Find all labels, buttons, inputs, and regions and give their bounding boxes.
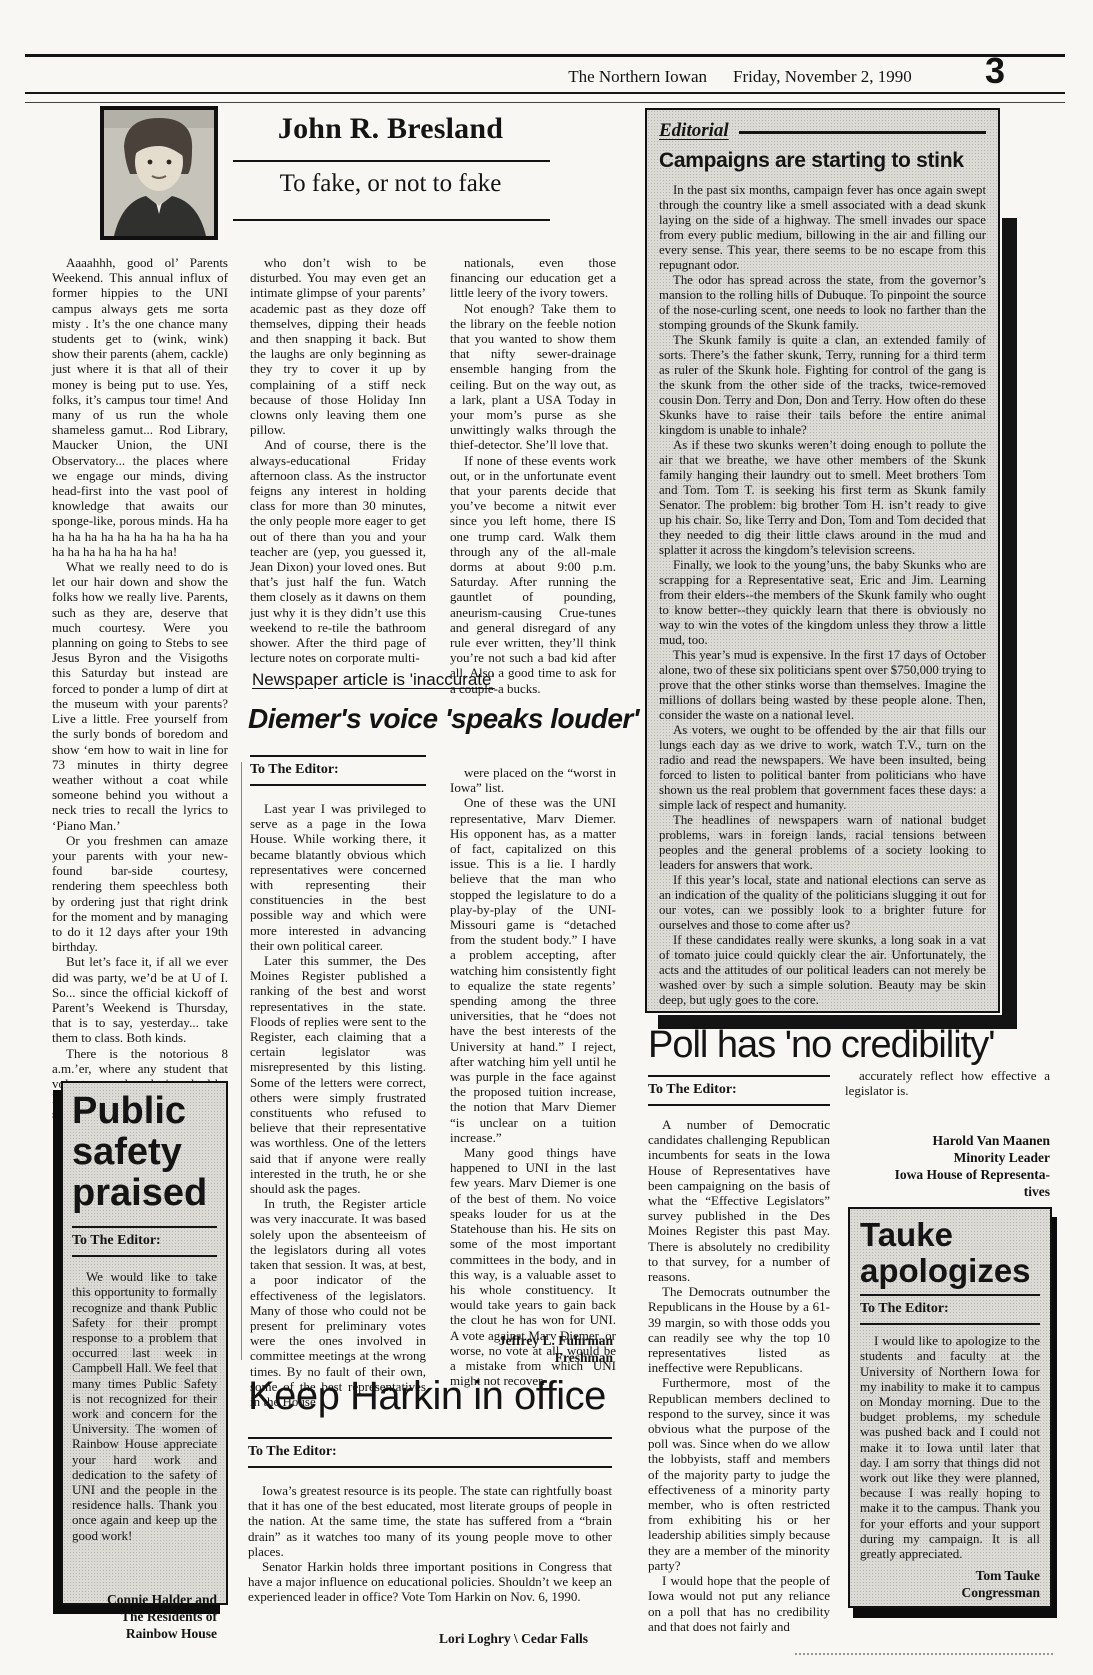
editorial-label: Editorial xyxy=(659,120,729,142)
paragraph: But let’s face it, if all we ever did wa… xyxy=(52,954,228,1045)
to-the-editor-label: To The Editor: xyxy=(648,1082,737,1097)
page-number: 3 xyxy=(985,50,1005,92)
public-safety-letter: Public safety praised To The Editor: We … xyxy=(61,1081,228,1605)
paragraph: tives xyxy=(845,1183,1050,1200)
portrait-illustration xyxy=(104,110,214,236)
harkin-headline: Keep Harkin in office xyxy=(248,1374,606,1419)
editorial-body: In the past six months, campaign fever h… xyxy=(659,183,986,1008)
header-bottom-rule xyxy=(25,92,1065,94)
header-thin-rule xyxy=(25,102,1065,103)
paragraph: Harold Van Maanen xyxy=(845,1132,1050,1149)
public-safety-body: We would like to take this opportunity t… xyxy=(72,1269,217,1543)
bresland-title: To fake, or not to fake xyxy=(228,170,553,198)
paragraph: Aaaahhh, good ol’ Parents Weekend. This … xyxy=(52,255,228,559)
paragraph: The Residents of xyxy=(72,1608,217,1625)
paragraph: If none of these events work out, or in … xyxy=(450,453,616,696)
tauke-headline: Tauke apologizes xyxy=(860,1217,1040,1288)
paragraph: The odor has spread across the state, fr… xyxy=(659,273,986,333)
paragraph: Last year I was privileged to serve as a… xyxy=(250,801,426,953)
paragraph: Furthermore, most of the Republican memb… xyxy=(648,1375,830,1573)
to-the-editor-label: To The Editor: xyxy=(250,762,339,777)
paragraph: accurately reflect how effective a legis… xyxy=(845,1068,1050,1098)
paragraph: Iowa’s greatest resource is its people. … xyxy=(248,1483,612,1559)
tauke-body: I would like to apologize to the student… xyxy=(860,1333,1040,1561)
paragraph: Or you freshmen can amaze your parents w… xyxy=(52,833,228,955)
paragraph: As if these two skunks weren’t doing eno… xyxy=(659,438,986,558)
editorial-box: Editorial Campaigns are starting to stin… xyxy=(645,108,1000,1013)
paragraph: A number of Democratic candidates challe… xyxy=(648,1117,830,1284)
editorial-label-row: Editorial xyxy=(659,120,986,142)
byline-rule xyxy=(233,160,550,162)
to-the-editor-label: To The Editor: xyxy=(72,1233,161,1248)
tauke-headline-line1: Tauke xyxy=(860,1217,1040,1253)
paragraph: I would hope that the people of Iowa wou… xyxy=(648,1573,830,1634)
bresland-column-1: Aaaahhh, good ol’ Parents Weekend. This … xyxy=(52,255,228,1122)
paragraph: Lori Loghry \ Cedar Falls xyxy=(248,1630,588,1647)
paragraph: Not enough? Take them to the library on … xyxy=(450,301,616,453)
paragraph: Freshman xyxy=(450,1349,613,1366)
title-rule xyxy=(233,219,550,221)
public-safety-signature: Connie Halder andThe Residents ofRainbow… xyxy=(72,1591,217,1642)
paragraph: And of course, there is the always-educa… xyxy=(250,437,426,665)
to-the-editor-label: To The Editor: xyxy=(248,1444,337,1459)
paragraph: Later this summer, the Des Moines Regist… xyxy=(250,953,426,1196)
public-safety-headline: Public safety praised xyxy=(72,1091,217,1214)
paragraph: Connie Halder and xyxy=(72,1591,217,1608)
editorial-label-rule xyxy=(739,131,986,134)
paragraph: Congressman xyxy=(860,1584,1040,1601)
paragraph: nationals, even those financing our educ… xyxy=(450,255,616,301)
diemer-kicker: Newspaper article is 'inaccurate' xyxy=(252,670,495,690)
paragraph: We would like to take this opportunity t… xyxy=(72,1269,217,1543)
paragraph: The Democrats outnumber the Republicans … xyxy=(648,1284,830,1375)
editorial-headline: Campaigns are starting to stink xyxy=(659,149,986,173)
paragraph: Senator Harkin holds three important pos… xyxy=(248,1559,612,1605)
paragraph: This year’s mud is expensive. In the fir… xyxy=(659,648,986,723)
paragraph: Minority Leader xyxy=(845,1149,1050,1166)
portrait-photo xyxy=(100,106,218,240)
harkin-salutation: To The Editor: xyxy=(248,1437,612,1468)
paragraph: One of these was the UNI representative,… xyxy=(450,795,616,1145)
paragraph: The Skunk family is quite a clan, an ext… xyxy=(659,333,986,438)
masthead-date: Friday, November 2, 1990 xyxy=(733,67,912,86)
tauke-headline-line2: apologizes xyxy=(860,1253,1040,1289)
bresland-byline: John R. Bresland xyxy=(228,112,553,146)
to-the-editor-label: To The Editor: xyxy=(860,1301,949,1316)
paragraph: The headlines of newspapers warn of nati… xyxy=(659,813,986,873)
poll-column-1: A number of Democratic candidates challe… xyxy=(648,1117,830,1634)
diemer-headline: Diemer's voice 'speaks louder' xyxy=(248,703,616,735)
diemer-signature: Jeffrey L. FuhrmanFreshman xyxy=(450,1332,613,1366)
poll-signature: Harold Van MaanenMinority LeaderIowa Hou… xyxy=(845,1132,1050,1200)
paragraph: who don’t wish to be disturbed. You may … xyxy=(250,255,426,437)
public-safety-headline-text: Public safety praised xyxy=(72,1090,207,1214)
harkin-signature: Lori Loghry \ Cedar Falls xyxy=(248,1630,588,1647)
paragraph: were placed on the “worst in Iowa” list. xyxy=(450,765,616,795)
poll-salutation: To The Editor: xyxy=(648,1075,830,1106)
bresland-column-2: who don’t wish to be disturbed. You may … xyxy=(250,255,426,665)
paragraph: Tom Tauke xyxy=(860,1567,1040,1584)
tauke-salutation: To The Editor: xyxy=(860,1294,1040,1325)
poll-column-2: accurately reflect how effective a legis… xyxy=(845,1068,1050,1098)
paragraph: I would like to apologize to the student… xyxy=(860,1333,1040,1561)
public-safety-salutation: To The Editor: xyxy=(72,1226,217,1257)
scan-artifact-line xyxy=(795,1653,1053,1655)
diemer-column-2: were placed on the “worst in Iowa” list.… xyxy=(450,765,616,1388)
diemer-salutation: To The Editor: xyxy=(250,755,426,786)
editorial-shadow-right xyxy=(1002,218,1017,1029)
paragraph: What we really need to do is let our hai… xyxy=(52,559,228,833)
paragraph: In the past six months, campaign fever h… xyxy=(659,183,986,273)
harkin-body: Iowa’s greatest resource is its people. … xyxy=(248,1483,612,1605)
tauke-signature: Tom TaukeCongressman xyxy=(860,1567,1040,1601)
paragraph: If this year’s local, state and national… xyxy=(659,873,986,933)
paragraph: If these candidates really were skunks, … xyxy=(659,933,986,1008)
top-rule xyxy=(25,54,1065,57)
paragraph: Finally, we look to the young’uns, the b… xyxy=(659,558,986,648)
bresland-column-3: nationals, even those financing our educ… xyxy=(450,255,616,696)
paragraph: Iowa House of Representa- xyxy=(845,1166,1050,1183)
poll-headline: Poll has 'no credibility' xyxy=(648,1024,994,1067)
paragraph: Rainbow House xyxy=(72,1625,217,1642)
diemer-column-1: Last year I was privileged to serve as a… xyxy=(250,801,426,1409)
tauke-letter: Tauke apologizes To The Editor: I would … xyxy=(848,1207,1052,1608)
column-divider-rule xyxy=(241,762,242,1360)
masthead-title: The Northern Iowan xyxy=(568,67,707,86)
newspaper-page: The Northern IowanFriday, November 2, 19… xyxy=(0,0,1093,1675)
masthead: The Northern IowanFriday, November 2, 19… xyxy=(520,67,960,87)
paragraph: Jeffrey L. Fuhrman xyxy=(450,1332,613,1349)
paragraph: As voters, we ought to be offended by th… xyxy=(659,723,986,813)
